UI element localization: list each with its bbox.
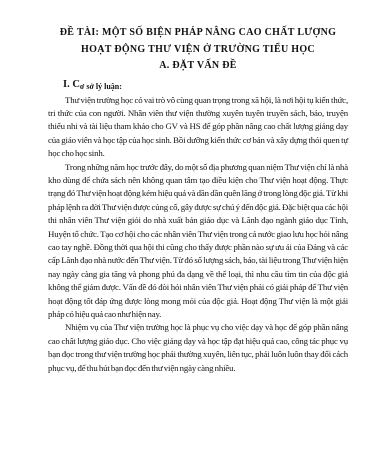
paragraph: Trong những năm học trước đây, do một số… <box>48 161 348 322</box>
document-title-line-1: ĐỀ TÀI: MỘT SỐ BIỆN PHÁP NÂNG CAO CHẤT L… <box>48 25 348 42</box>
document-title-block: ĐỀ TÀI: MỘT SỐ BIỆN PHÁP NÂNG CAO CHẤT L… <box>48 25 348 75</box>
document-title-line-2: HOẠT ĐỘNG THƯ VIỆN Ở TRƯỜNG TIỂU HỌC <box>48 42 348 59</box>
subsection-heading-suffix: ơ sở lý luận: <box>80 82 122 91</box>
section-a-heading: A. ĐẶT VẤN ĐỀ <box>48 58 348 75</box>
subsection-heading: I. Cơ sở lý luận: <box>48 78 348 94</box>
document-body: Thư viện trường học có vai trò vô cùng q… <box>48 94 348 376</box>
paragraph: Thư viện trường học có vai trò vô cùng q… <box>48 94 348 161</box>
subsection-heading-prefix: I. C <box>63 79 80 90</box>
paragraph: Nhiệm vụ của Thư viện trường học là phục… <box>48 321 348 375</box>
document-page: ĐỀ TÀI: MỘT SỐ BIỆN PHÁP NÂNG CAO CHẤT L… <box>0 0 366 473</box>
